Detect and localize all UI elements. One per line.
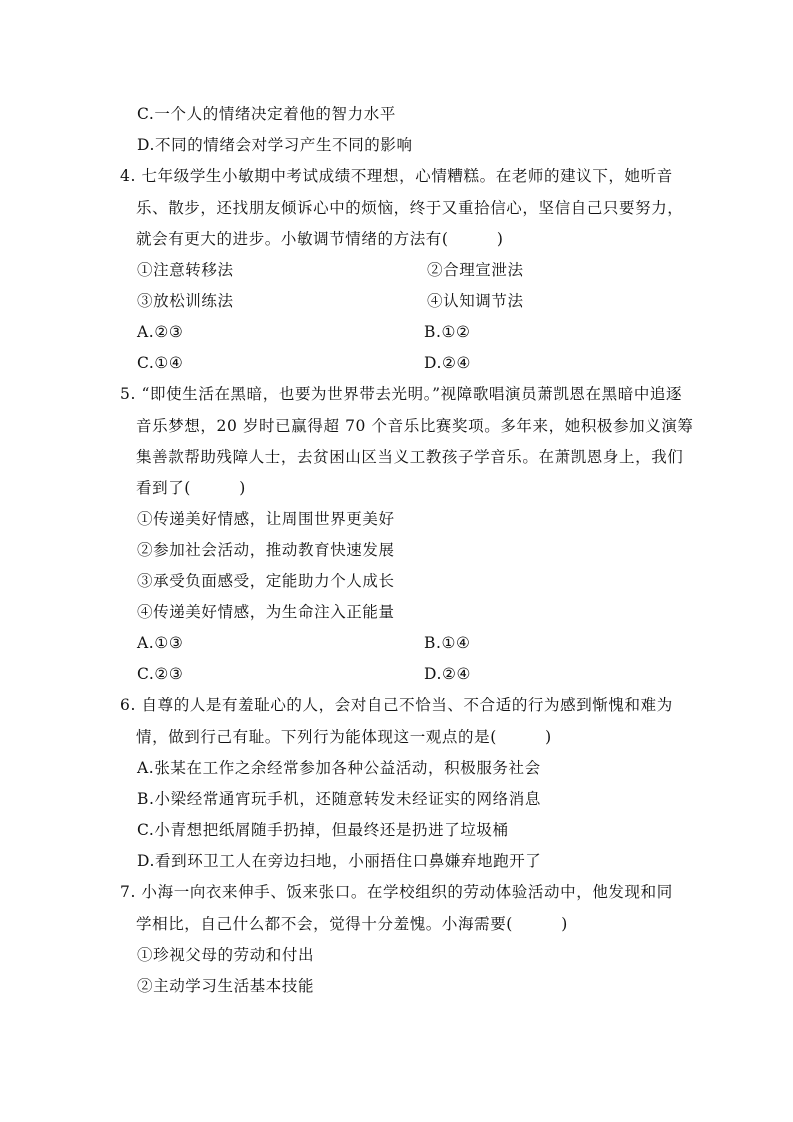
q5-statement-3: ③承受负面感受，定能助力个人成长 xyxy=(137,571,395,591)
q5-option-b: B.①④ xyxy=(424,633,471,653)
q6-option-d: D.看到环卫工人在旁边扫地，小丽捂住口鼻嫌弃地跑开了 xyxy=(137,851,541,871)
q4-option-d: D.②④ xyxy=(424,353,471,373)
q4-option-b: B.①② xyxy=(424,322,471,342)
q5-stem-line-3: 集善款帮助残障人士，去贫困山区当义工教孩子学音乐。在萧凯恩身上，我们 xyxy=(136,447,683,467)
q6-option-c: C.小青想把纸屑随手扔掉，但最终还是扔进了垃圾桶 xyxy=(137,820,509,840)
q4-statement-3: ③放松训练法 xyxy=(137,291,234,311)
q5-option-d: D.②④ xyxy=(424,664,471,684)
q4-stem-line-1: 4. 七年级学生小敏期中考试成绩不理想，心情糟糕。在老师的建议下，她听音 xyxy=(120,166,680,186)
q5-stem-line-1: 5. “即使生活在黑暗，也要为世界带去光明。”视障歌唱演员萧凯恩在黑暗中追逐 xyxy=(120,384,680,404)
q5-option-a: A.①③ xyxy=(137,633,183,653)
q5-option-c: C.②③ xyxy=(137,664,183,684)
q6-option-b: B.小梁经常通宵玩手机，还随意转发未经证实的网络消息 xyxy=(137,789,541,809)
q6-stem-line-1: 6. 自尊的人是有羞耻心的人，会对自己不恰当、不合适的行为感到惭愧和难为 xyxy=(120,695,680,715)
q5-stem-line-2: 音乐梦想，20 岁时已赢得超 70 个音乐比赛奖项。多年来，她积极参加义演筹 xyxy=(136,416,694,436)
q4-option-c: C.①④ xyxy=(137,353,183,373)
q7-statement-1: ①珍视父母的劳动和付出 xyxy=(137,945,314,965)
q4-statement-4: ④认知调节法 xyxy=(427,291,524,311)
q6-stem-line-2: 情，做到行己有耻。下列行为能体现这一观点的是( ) xyxy=(136,727,552,747)
q5-statement-1: ①传递美好情感，让周围世界更美好 xyxy=(137,509,395,529)
q4-option-a: A.②③ xyxy=(137,322,183,342)
q7-stem-line-2: 学相比，自己什么都不会，觉得十分羞愧。小海需要( ) xyxy=(136,914,568,934)
q7-stem-line-1: 7. 小海一向衣来伸手、饭来张口。在学校组织的劳动体验活动中，他发现和同 xyxy=(120,882,680,902)
q6-option-a: A.张某在工作之余经常参加各种公益活动，积极服务社会 xyxy=(137,758,541,778)
q5-statement-2: ②参加社会活动，推动教育快速发展 xyxy=(137,540,395,560)
q4-stem-line-2: 乐、散步，还找朋友倾诉心中的烦恼，终于又重拾信心，坚信自己只要努力， xyxy=(136,198,683,218)
q5-stem-line-4: 看到了( ) xyxy=(136,478,246,498)
q4-stem-line-3: 就会有更大的进步。小敏调节情绪的方法有( ) xyxy=(136,229,504,249)
q4-statement-2: ②合理宣泄法 xyxy=(427,260,524,280)
q7-statement-2: ②主动学习生活基本技能 xyxy=(137,976,314,996)
q3-option-d: D.不同的情绪会对学习产生不同的影响 xyxy=(137,135,413,155)
q5-statement-4: ④传递美好情感，为生命注入正能量 xyxy=(137,602,395,622)
q3-option-c: C.一个人的情绪决定着他的智力水平 xyxy=(137,104,396,124)
exam-page: C.一个人的情绪决定着他的智力水平 D.不同的情绪会对学习产生不同的影响 4. … xyxy=(0,0,793,1122)
q4-statement-1: ①注意转移法 xyxy=(137,260,234,280)
